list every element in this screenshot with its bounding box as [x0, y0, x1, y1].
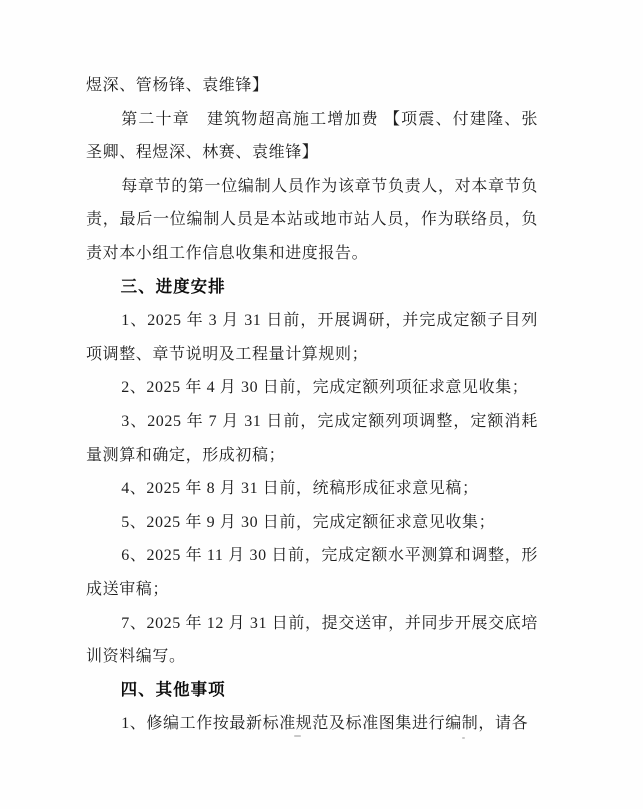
document-body: 煜深、管杨锋、袁维锋】第二十章 建筑物超高施工增加费 【项震、付建隆、张圣卿、程… — [86, 69, 538, 741]
section-heading: 四、其他事项 — [86, 674, 538, 708]
paragraph: 3、2025 年 7 月 31 日前，完成定额列项调整，定额消耗量测算和确定，形… — [86, 405, 538, 472]
scan-speck — [294, 735, 301, 737]
paragraph: 第二十章 建筑物超高施工增加费 【项震、付建隆、张圣卿、程煜深、林赛、袁维锋】 — [86, 103, 538, 170]
document-page: 煜深、管杨锋、袁维锋】第二十章 建筑物超高施工增加费 【项震、付建隆、张圣卿、程… — [0, 0, 643, 809]
paragraph: 4、2025 年 8 月 31 日前，统稿形成征求意见稿； — [86, 472, 538, 506]
section-heading: 三、进度安排 — [86, 271, 538, 305]
paragraph: 2、2025 年 4 月 30 日前，完成定额列项征求意见收集； — [86, 371, 538, 405]
paragraph: 5、2025 年 9 月 30 日前，完成定额征求意见收集； — [86, 506, 538, 540]
paragraph: 7、2025 年 12 月 31 日前，提交送审，并同步开展交底培训资料编写。 — [86, 607, 538, 674]
paragraph: 6、2025 年 11 月 30 日前，完成定额水平测算和调整，形成送审稿； — [86, 539, 538, 606]
paragraph: 煜深、管杨锋、袁维锋】 — [86, 69, 538, 103]
paragraph: 1、修编工作按最新标准规范及标准图集进行编制，请各 — [86, 707, 538, 741]
paragraph: 每章节的第一位编制人员作为该章节负责人，对本章节负责，最后一位编制人员是本站或地… — [86, 170, 538, 271]
paragraph: 1、2025 年 3 月 31 日前，开展调研，并完成定额子目列项调整、章节说明… — [86, 304, 538, 371]
scan-speck — [462, 737, 465, 739]
